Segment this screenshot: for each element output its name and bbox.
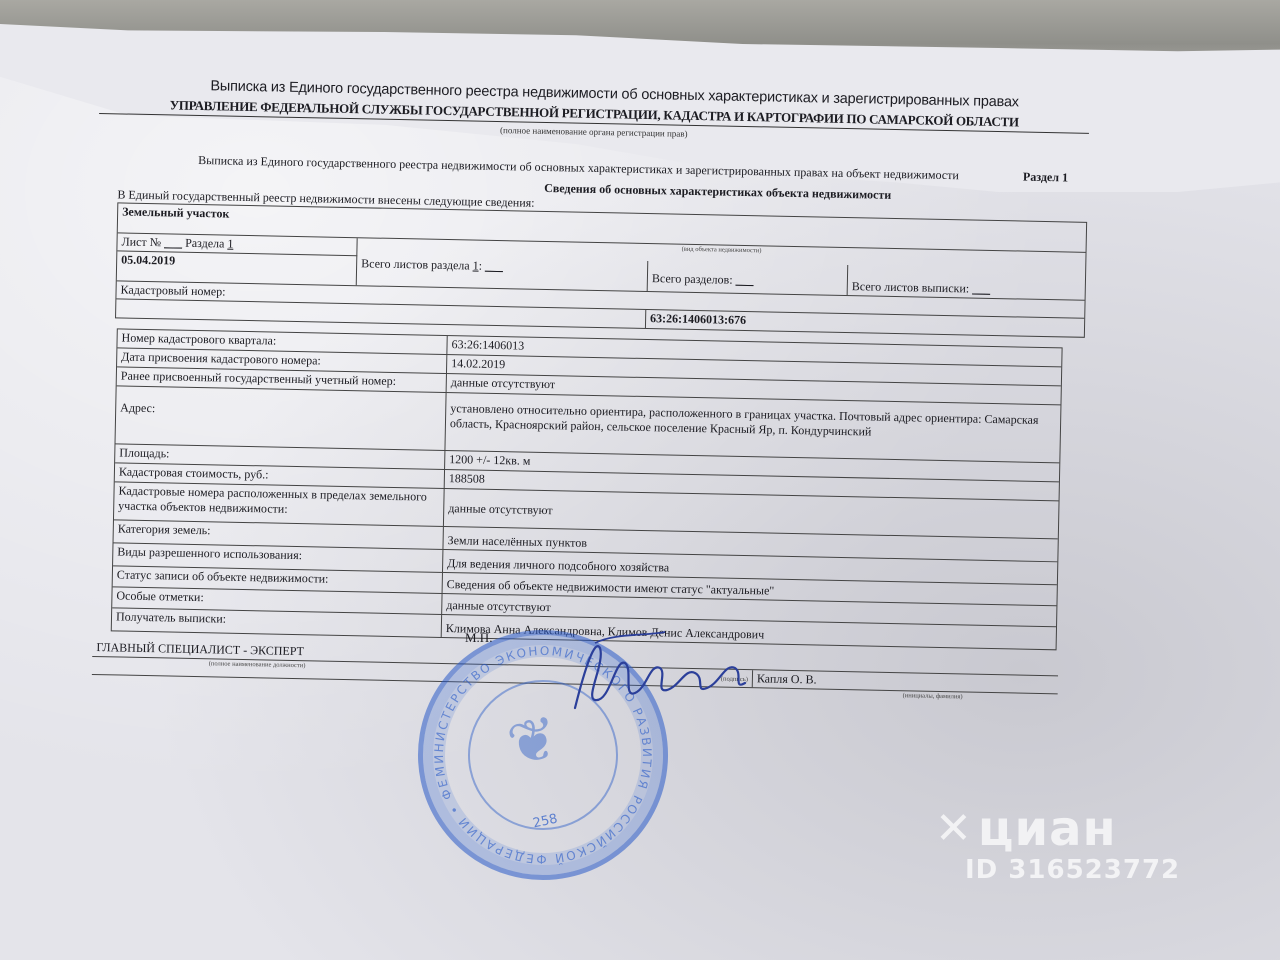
section-label: Раздел 1 (1023, 170, 1068, 186)
section-num-value: 1 (227, 237, 233, 251)
watermark-brand: циан (978, 805, 1117, 853)
total-sheets-section-label: Всего листов раздела (361, 256, 470, 272)
total-sections-label: Всего разделов: (652, 271, 733, 287)
total-sections: Всего разделов: ___ (647, 261, 848, 295)
details-table: Номер кадастрового квартала: 63:26:14060… (111, 328, 1063, 650)
total-sheets-section-num: 1 (473, 259, 479, 273)
seal-label: М.П. (465, 630, 492, 646)
handwritten-signature-icon (555, 628, 755, 718)
total-sheets-section: Всего листов раздела 1: ___ (357, 255, 648, 291)
watermark-logo: ✕ циан (935, 805, 1180, 853)
total-sections-value: ___ (735, 273, 753, 287)
location-pin-icon: ✕ (935, 807, 972, 851)
sheet-label: Лист № (121, 234, 161, 249)
extract-date: 05.04.2019 (117, 250, 358, 285)
watermark-id: ID 316523772 (965, 855, 1180, 885)
watermark: ✕ циан ID 316523772 (935, 805, 1180, 885)
total-sheets-extract-label: Всего листов выписки: (852, 279, 970, 295)
document: Выписка из Единого государственного реес… (88, 70, 1090, 704)
sheet-value: ___ (164, 235, 182, 249)
background-surface (0, 0, 1280, 80)
detail-label: Кадастровые номера расположенных в преде… (114, 482, 445, 526)
total-sheets-extract: Всего листов выписки: ___ (847, 265, 1086, 300)
section-num-label: Раздела (185, 236, 225, 251)
total-sheets-section-value: ___ (485, 259, 503, 273)
object-box: Земельный участок Лист № ___ Раздела 1 (… (115, 202, 1087, 337)
cadastral-number-label: Кадастровый номер: (116, 281, 229, 300)
detail-label: Адрес: (116, 386, 447, 450)
total-sheets-extract-value: ___ (972, 282, 990, 296)
